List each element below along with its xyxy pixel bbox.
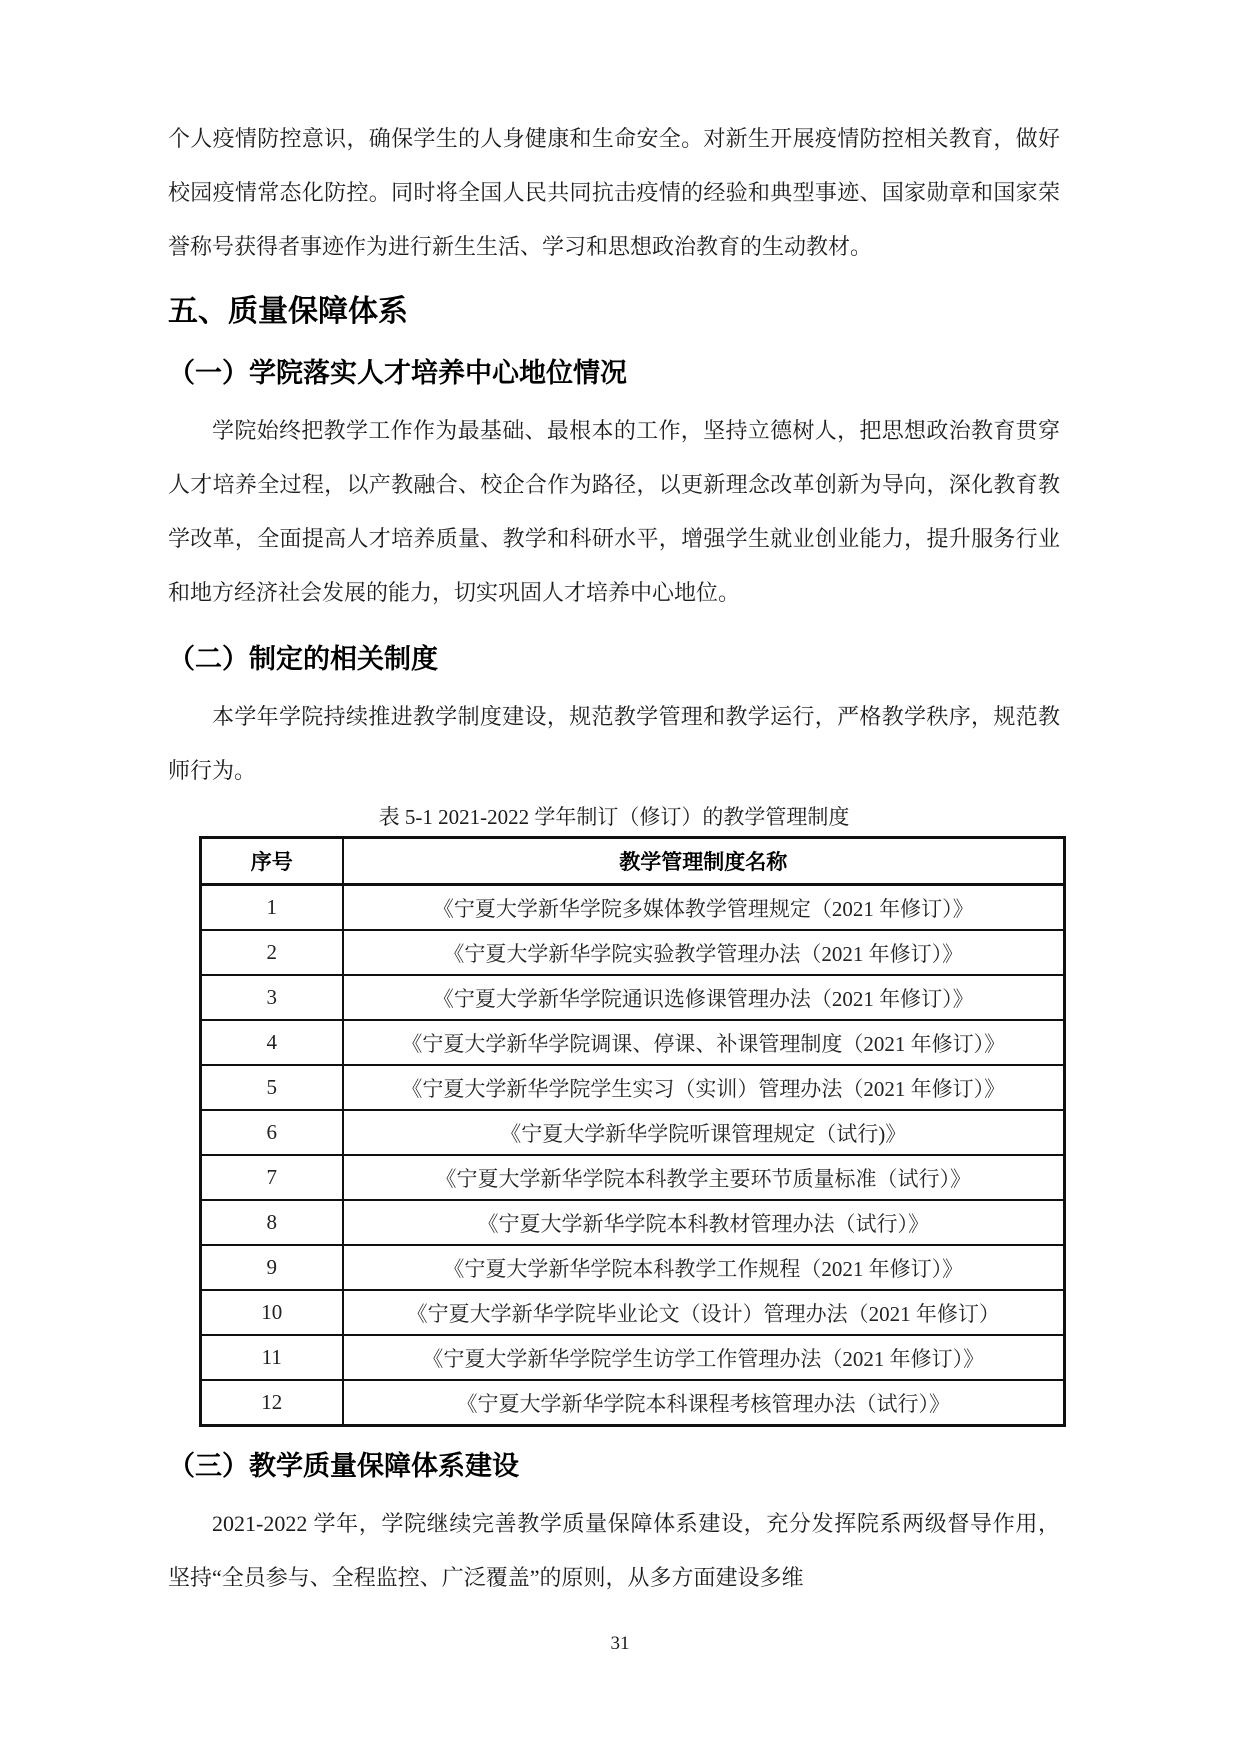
table-row: 4《宁夏大学新华学院调课、停课、补课管理制度（2021 年修订）》 <box>201 1020 1065 1065</box>
table-row: 6《宁夏大学新华学院听课管理规定（试行)》 <box>201 1110 1065 1155</box>
policy-name-cell: 《宁夏大学新华学院本科教学工作规程（2021 年修订）》 <box>343 1245 1065 1290</box>
row-index-cell: 6 <box>201 1110 343 1155</box>
subsection-heading-1: （一）学院落实人才培养中心地位情况 <box>168 352 1060 394</box>
row-index-cell: 4 <box>201 1020 343 1065</box>
policy-name-cell: 《宁夏大学新华学院听课管理规定（试行)》 <box>343 1110 1065 1155</box>
policy-name-cell: 《宁夏大学新华学院本科课程考核管理办法（试行）》 <box>343 1380 1065 1426</box>
page-content: 个人疫情防控意识，确保学生的人身健康和生命安全。对新生开展疫情防控相关教育，做好… <box>168 112 1060 1605</box>
column-header-index: 序号 <box>201 838 343 885</box>
row-index-cell: 2 <box>201 930 343 975</box>
policy-name-cell: 《宁夏大学新华学院通识选修课管理办法（2021 年修订）》 <box>343 975 1065 1020</box>
table-row: 7《宁夏大学新华学院本科教学主要环节质量标准（试行）》 <box>201 1155 1065 1200</box>
subsection-3-paragraph: 2021-2022 学年，学院继续完善教学质量保障体系建设，充分发挥院系两级督导… <box>168 1497 1060 1605</box>
subsection-heading-3: （三）教学质量保障体系建设 <box>168 1445 1060 1487</box>
table-row: 8《宁夏大学新华学院本科教材管理办法（试行）》 <box>201 1200 1065 1245</box>
section-heading-main: 五、质量保障体系 <box>168 290 1060 334</box>
row-index-cell: 1 <box>201 885 343 931</box>
row-index-cell: 11 <box>201 1335 343 1380</box>
subsection-1-paragraph: 学院始终把教学工作作为最基础、最根本的工作，坚持立德树人，把思想政治教育贯穿人才… <box>168 404 1060 620</box>
row-index-cell: 3 <box>201 975 343 1020</box>
table-header-row: 序号 教学管理制度名称 <box>201 838 1065 885</box>
row-index-cell: 10 <box>201 1290 343 1335</box>
subsection-heading-2: （二）制定的相关制度 <box>168 638 1060 680</box>
table-row: 12《宁夏大学新华学院本科课程考核管理办法（试行）》 <box>201 1380 1065 1426</box>
policy-name-cell: 《宁夏大学新华学院实验教学管理办法（2021 年修订）》 <box>343 930 1065 975</box>
table-row: 3《宁夏大学新华学院通识选修课管理办法（2021 年修订）》 <box>201 975 1065 1020</box>
table-caption: 表 5-1 2021-2022 学年制订（修订）的教学管理制度 <box>168 802 1060 832</box>
table-row: 5《宁夏大学新华学院学生实习（实训）管理办法（2021 年修订）》 <box>201 1065 1065 1110</box>
table-row: 9《宁夏大学新华学院本科教学工作规程（2021 年修订）》 <box>201 1245 1065 1290</box>
table-row: 10《宁夏大学新华学院毕业论文（设计）管理办法（2021 年修订） <box>201 1290 1065 1335</box>
policy-name-cell: 《宁夏大学新华学院学生实习（实训）管理办法（2021 年修订）》 <box>343 1065 1065 1110</box>
table-row: 1《宁夏大学新华学院多媒体教学管理规定（2021 年修订）》 <box>201 885 1065 931</box>
column-header-policy-name: 教学管理制度名称 <box>343 838 1065 885</box>
subsection-2-paragraph: 本学年学院持续推进教学制度建设，规范教学管理和教学运行，严格教学秩序，规范教师行… <box>168 690 1060 798</box>
table-row: 11《宁夏大学新华学院学生访学工作管理办法（2021 年修订）》 <box>201 1335 1065 1380</box>
row-index-cell: 7 <box>201 1155 343 1200</box>
document-page: 个人疫情防控意识，确保学生的人身健康和生命安全。对新生开展疫情防控相关教育，做好… <box>0 0 1240 1753</box>
policy-name-cell: 《宁夏大学新华学院学生访学工作管理办法（2021 年修订）》 <box>343 1335 1065 1380</box>
policy-name-cell: 《宁夏大学新华学院多媒体教学管理规定（2021 年修订）》 <box>343 885 1065 931</box>
policy-name-cell: 《宁夏大学新华学院本科教学主要环节质量标准（试行）》 <box>343 1155 1065 1200</box>
policy-name-cell: 《宁夏大学新华学院毕业论文（设计）管理办法（2021 年修订） <box>343 1290 1065 1335</box>
table-row: 2《宁夏大学新华学院实验教学管理办法（2021 年修订）》 <box>201 930 1065 975</box>
policy-table-body: 1《宁夏大学新华学院多媒体教学管理规定（2021 年修订）》2《宁夏大学新华学院… <box>201 885 1065 1426</box>
row-index-cell: 5 <box>201 1065 343 1110</box>
intro-paragraph: 个人疫情防控意识，确保学生的人身健康和生命安全。对新生开展疫情防控相关教育，做好… <box>168 112 1060 274</box>
page-number: 31 <box>0 1633 1240 1655</box>
policy-table: 序号 教学管理制度名称 1《宁夏大学新华学院多媒体教学管理规定（2021 年修订… <box>199 836 1066 1427</box>
policy-name-cell: 《宁夏大学新华学院本科教材管理办法（试行）》 <box>343 1200 1065 1245</box>
row-index-cell: 9 <box>201 1245 343 1290</box>
policy-name-cell: 《宁夏大学新华学院调课、停课、补课管理制度（2021 年修订）》 <box>343 1020 1065 1065</box>
row-index-cell: 12 <box>201 1380 343 1426</box>
row-index-cell: 8 <box>201 1200 343 1245</box>
